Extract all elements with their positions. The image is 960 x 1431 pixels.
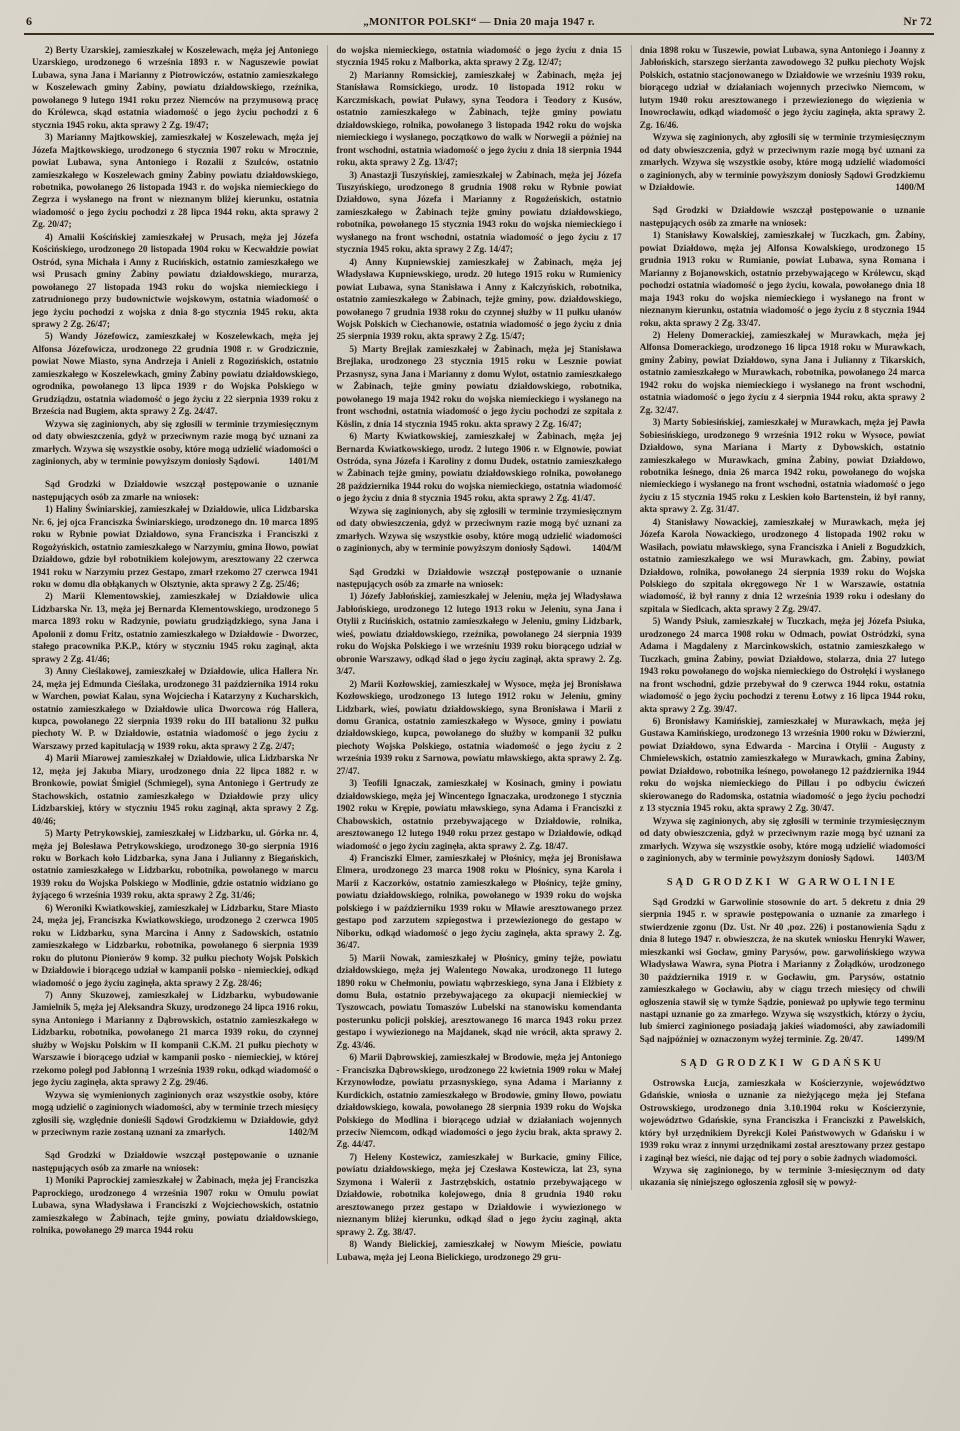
notice-paragraph: 1) Moniki Paprockiej zamieszkałej w Żabi… [32,1175,318,1237]
notice-paragraph: Wzywa się zaginionych, aby się zgłosili … [32,419,318,469]
notice-paragraph: 6) Bronisławy Kamińskiej, zamieszkałej w… [640,716,925,816]
notice-paragraph: 2) Heleny Domerackiej, zamieszkałej w Mu… [640,330,925,417]
notice-paragraph: 5) Marii Nowak, zamieszkałej w Płośnicy,… [336,953,621,1053]
notice-paragraph: 5) Wandy Psiuk, zamieszkałej w Tuczkach,… [640,616,925,716]
court-section-heading: SĄD GRODZKI W GARWOLINIE [640,877,925,889]
issue-number: Nr 72 [862,16,932,28]
page-number: 6 [26,14,96,29]
notice-paragraph: Sąd Grodzki w Działdowie wszczął postępo… [640,205,925,230]
notice-paragraph: 4) Stanisławy Nowackiej, zamieszkałej w … [640,517,925,617]
notice-paragraph: dnia 1898 roku w Tuszewie, powiat Lubawa… [640,45,925,132]
notice-paragraph: 2) Berty Uzarskiej, zamieszkałej w Kosze… [32,45,318,132]
notice-reference: 1401/M [268,456,319,468]
notice-paragraph: 7) Anny Skuzowej, zamieszkałej w Lidzbar… [32,990,318,1090]
notice-paragraph: 1) Józefy Jabłońskiej, zamieszkałej w Je… [336,591,621,678]
notice-paragraph: 1) Stanisławy Kowalskiej, zamieszkałej w… [640,230,925,330]
notice-reference: 1403/M [874,853,925,865]
notice-paragraph: Ostrowska Łucja, zamieszkała w Kościerzy… [640,1078,925,1165]
notice-paragraph: 3) Marianny Majtkowskiej, zamieszkałej w… [32,132,318,232]
notice-paragraph: 4) Amalii Kościńskiej zamieszkałej w Pru… [32,232,318,332]
notice-paragraph: Sąd Grodzki w Garwolinie stosownie do ar… [640,897,925,1046]
notice-paragraph: 6) Marty Kwiatkowskiej, zamieszkałej w Ż… [336,431,621,506]
notice-paragraph: 3) Teofili Ignaczak, zamieszkałej w Kosi… [336,778,621,853]
notice-reference: 1404/M [571,543,622,555]
notice-paragraph: 3) Marty Sobiesińskiej, zamieszkałej w M… [640,417,925,517]
notice-paragraph: Wzywa się zaginionych, aby się zgłosili … [640,816,925,866]
notice-paragraph: 5) Marty Brejlak zamieszkałej w Żabinach… [336,344,621,431]
notice-paragraph: 5) Marty Petrykowskiej, zamieszkałej w L… [32,828,318,903]
notice-paragraph: 7) Heleny Kostewicz, zamieszkałej w Burk… [336,1152,621,1239]
notice-paragraph: 6) Weroniki Kwiatkowskiej, zamieszkałej … [32,903,318,990]
notice-paragraph: 3) Anastazji Tuszyńskiej, zamieszkałej w… [336,170,621,257]
notice-paragraph: 4) Marii Miarowej zamieszkałej w Działdo… [32,753,318,828]
text-columns: 2) Berty Uzarskiej, zamieszkałej w Kosze… [24,45,934,1264]
notice-paragraph: Wzywa się zaginionych, aby się zgłosili … [336,506,621,556]
notice-paragraph: 8) Wandy Bielickiej, zamieszkałej w Nowy… [336,1239,621,1264]
notice-paragraph: 2) Marii Kozłowskiej, zamieszkałej w Wys… [336,679,621,779]
gazette-page: 6 „MONITOR POLSKI“ — Dnia 20 maja 1947 r… [0,0,960,1264]
notice-paragraph: 5) Wandy Józefowicz, zamieszkałej w Kosz… [32,331,318,418]
court-section-heading: SĄD GRODZKI W GDAŃSKU [640,1058,925,1070]
notice-reference: 1400/M [874,182,925,194]
notice-paragraph: Wzywa się zaginionego, by w terminie 3-m… [640,1165,925,1190]
column-1: 2) Berty Uzarskiej, zamieszkałej w Kosze… [24,45,327,1238]
notice-paragraph: 6) Marii Dąbrowskiej, zamieszkałej w Bro… [336,1052,621,1152]
masthead: 6 „MONITOR POLSKI“ — Dnia 20 maja 1947 r… [24,10,934,32]
notice-paragraph: 4) Franciszki Elmer, zamieszkałej w Płoś… [336,853,621,953]
notice-paragraph: Sąd Grodzki w Działdowie wszczął postępo… [336,567,621,592]
column-3: dnia 1898 roku w Tuszewie, powiat Lubawa… [631,45,934,1190]
gazette-title: „MONITOR POLSKI“ — Dnia 20 maja 1947 r. [96,16,862,28]
masthead-rule [24,33,934,35]
notice-paragraph: Sąd Grodzki w Działdowie wszczął postępo… [32,1150,318,1175]
notice-paragraph: Wzywa się wymienionych zaginionych oraz … [32,1090,318,1140]
notice-reference: 1499/M [874,1034,925,1046]
notice-paragraph: 2) Marianny Romsickiej, zamieszkałej w Ż… [336,70,621,170]
notice-paragraph: 1) Haliny Świniarskiej, zamieszkałej w D… [32,504,318,591]
notice-paragraph: 2) Marii Klementowskiej, zamieszkałej w … [32,591,318,666]
notice-paragraph: 3) Anny Cieślakowej, zamieszkałej w Dzia… [32,666,318,753]
column-2: do wojska niemieckiego, ostatnia wiadomo… [327,45,630,1264]
notice-paragraph: do wojska niemieckiego, ostatnia wiadomo… [336,45,621,70]
notice-paragraph: Sąd Grodzki w Działdowie wszczął postępo… [32,479,318,504]
notice-paragraph: Wzywa się zaginionych, aby zgłosili się … [640,132,925,194]
notice-paragraph: 4) Anny Kupniewskiej zamieszkałej w Żabi… [336,257,621,344]
notice-reference: 1402/M [268,1127,319,1139]
